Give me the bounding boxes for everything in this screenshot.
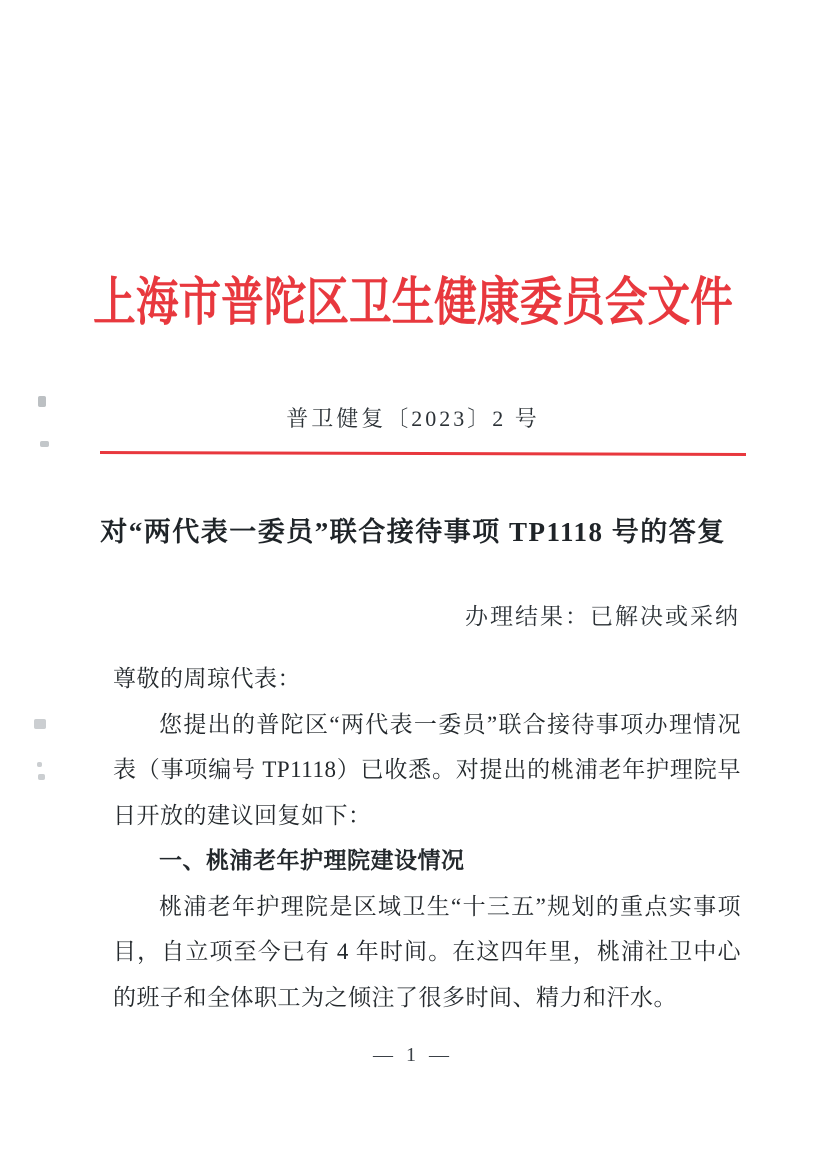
document-header-title: 上海市普陀区卫生健康委员会文件: [74, 260, 751, 335]
paragraph-construction-status: 桃浦老年护理院是区域卫生“十三五”规划的重点实事项目，自立项至今已有 4 年时间…: [113, 884, 741, 1021]
red-divider-line: [100, 451, 746, 456]
scan-artifact: [37, 762, 42, 767]
scan-artifact: [34, 719, 46, 729]
section-heading: 一、桃浦老年护理院建设情况: [113, 838, 741, 884]
scan-artifact: [40, 441, 49, 447]
scan-artifact: [38, 396, 46, 407]
document-title: 对“两代表一委员”联合接待事项 TP1118 号的答复: [0, 510, 826, 549]
document-body: 尊敬的周琼代表： 您提出的普陀区“两代表一委员”联合接待事项办理情况表（事项编号…: [113, 656, 741, 1020]
scan-artifact: [38, 774, 45, 780]
document-number: 普卫健复〔2023〕2 号: [0, 402, 826, 433]
paragraph-intro: 您提出的普陀区“两代表一委员”联合接待事项办理情况表（事项编号 TP1118）已…: [113, 702, 741, 839]
document-page: 上海市普陀区卫生健康委员会文件 普卫健复〔2023〕2 号 对“两代表一委员”联…: [0, 0, 826, 1158]
page-number: — 1 —: [0, 1044, 826, 1067]
salutation: 尊敬的周琼代表：: [113, 656, 741, 702]
handling-result: 办理结果：已解决或采纳: [465, 598, 740, 631]
